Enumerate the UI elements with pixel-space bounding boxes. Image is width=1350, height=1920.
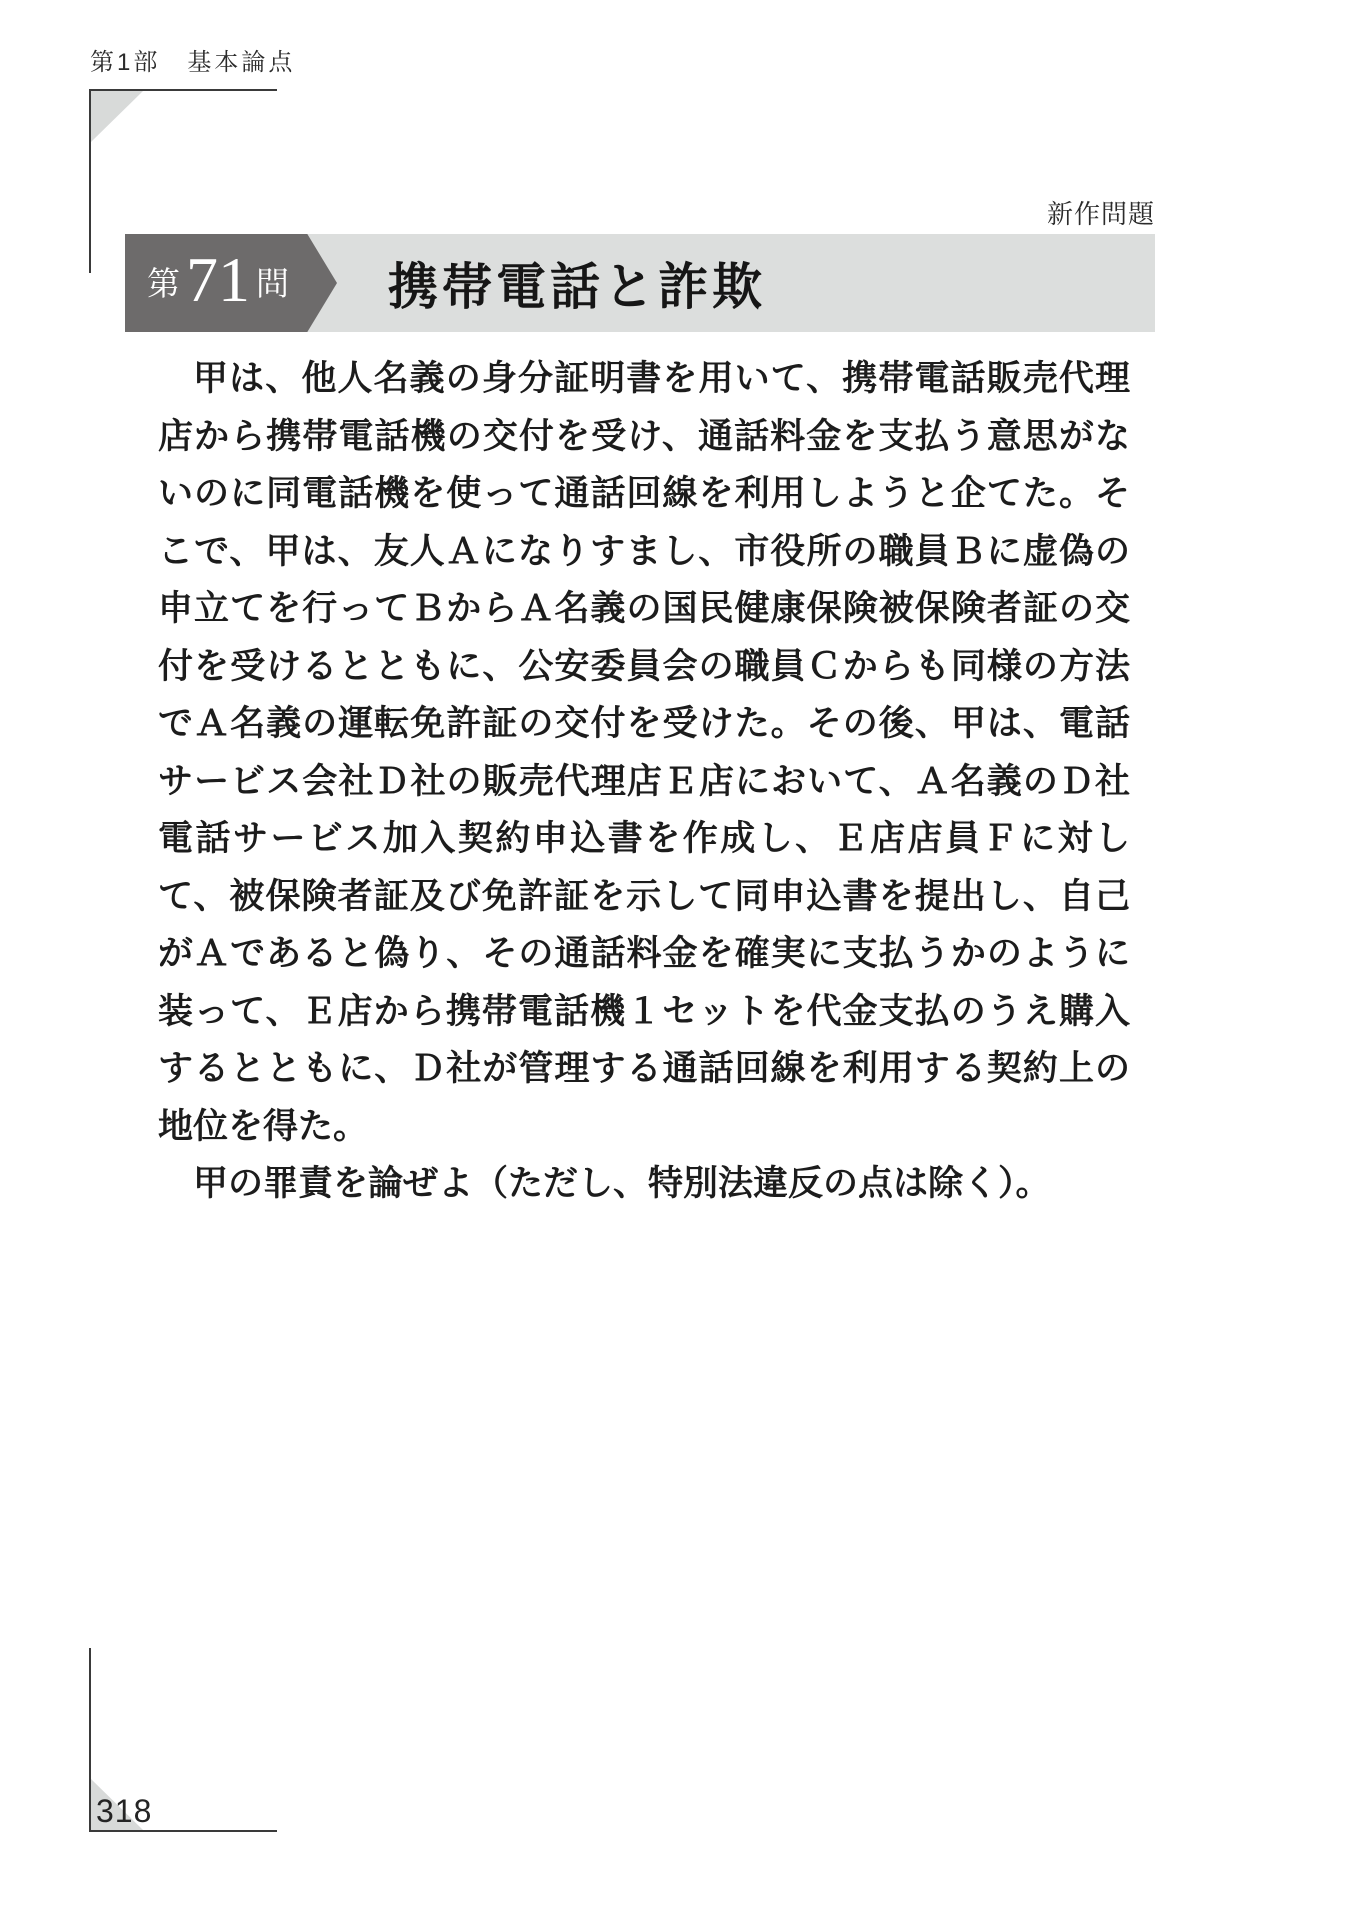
problem-statement: 甲は、他人名義の身分証明書を用いて、携帯電話販売代理店から携帯電話機の交付を受け… — [158, 350, 1130, 1213]
paragraph-facts: 甲は、他人名義の身分証明書を用いて、携帯電話販売代理店から携帯電話機の交付を受け… — [158, 350, 1130, 1155]
page-title: 携帯電話と詐欺 — [388, 234, 766, 332]
part-header: 第1部 基本論点 — [90, 42, 295, 77]
bottom-horizontal-rule — [89, 1830, 277, 1832]
page-number: 318 — [96, 1793, 152, 1830]
problem-tag: 新作問題 — [875, 194, 1155, 231]
paragraph-question: 甲の罪責を論ぜよ（ただし、特別法違反の点は除く）。 — [158, 1155, 1130, 1213]
question-number-prefix: 第 — [147, 267, 180, 300]
question-number-arrow: 第 71 問 — [125, 234, 337, 332]
question-number: 71 — [186, 248, 250, 312]
book-page: 第1部 基本論点 新作問題 第 71 問 携帯電話と詐欺 甲は、他人名義の身分証… — [0, 0, 1350, 1920]
question-number-suffix: 問 — [256, 267, 289, 300]
top-corner-triangle — [91, 91, 143, 142]
